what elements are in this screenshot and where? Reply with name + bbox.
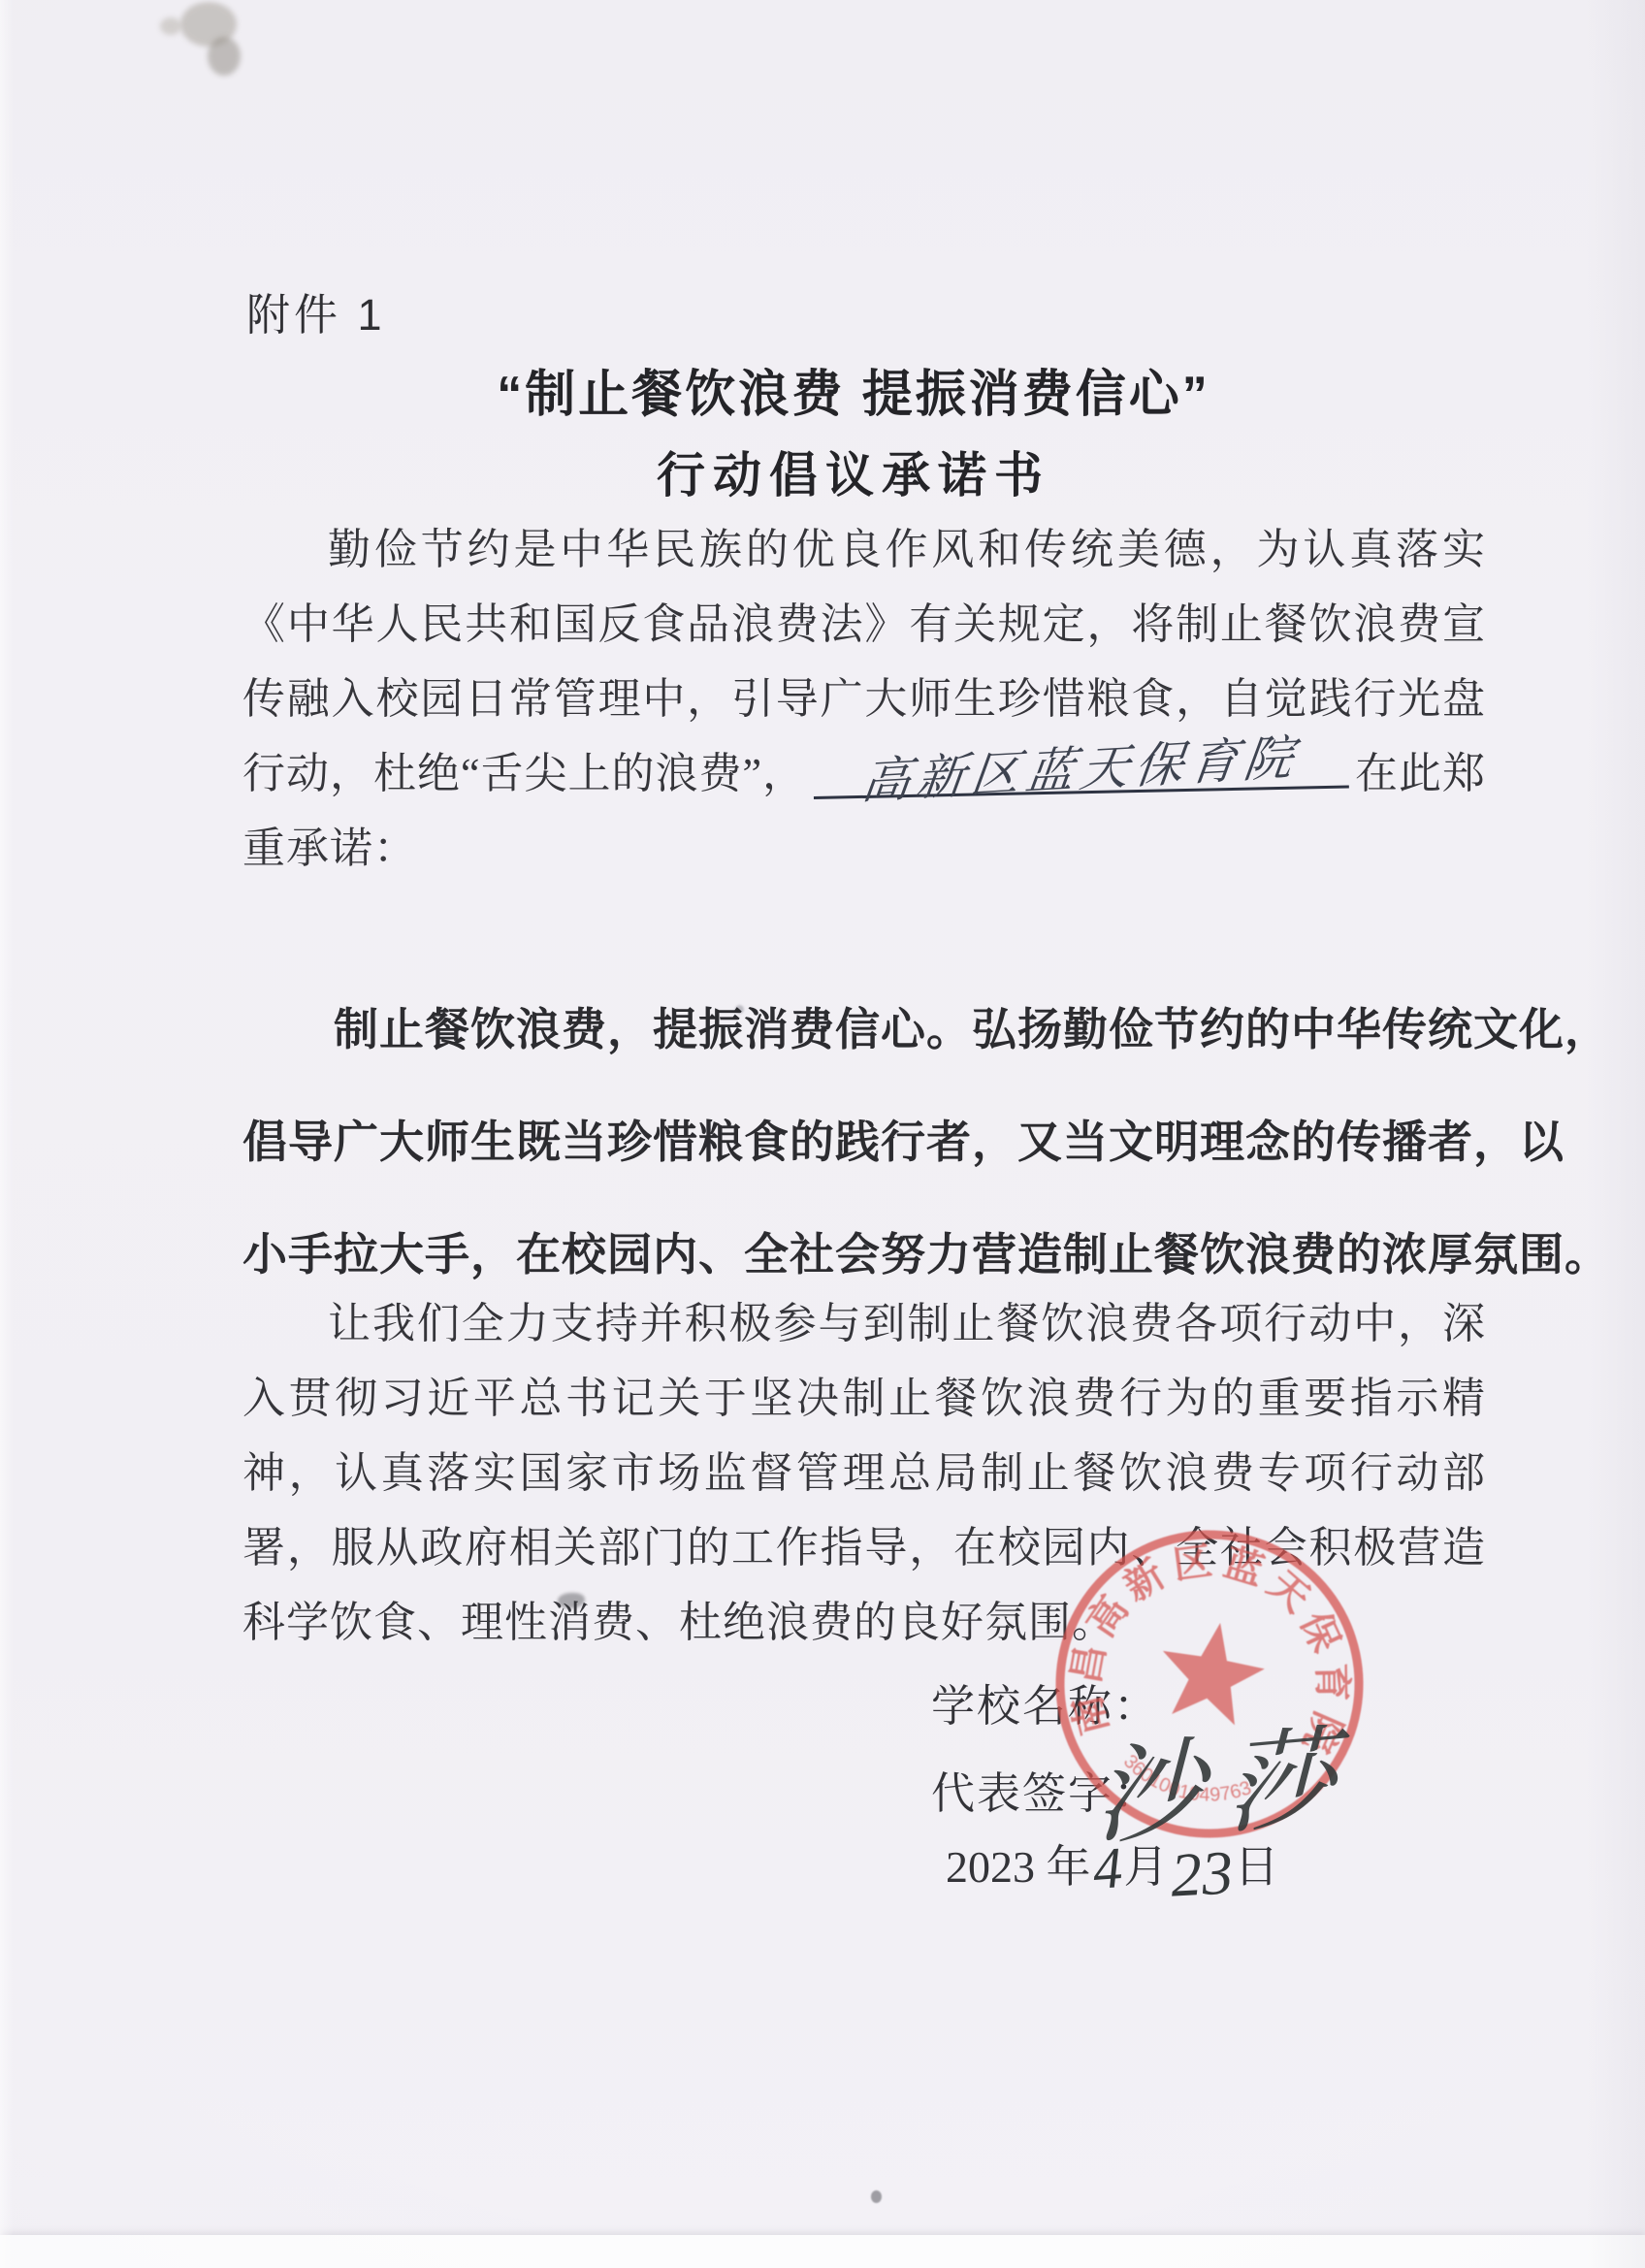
- paragraph-1: 勤俭节约是中华民族的优良作风和传统美德，为认真落实 《中华人民共和国反食品浪费法…: [242, 512, 1486, 886]
- handwritten-month-number: 4: [1090, 1838, 1123, 1898]
- scan-smudge: [208, 37, 241, 76]
- date-day-char: 日: [1235, 1839, 1279, 1895]
- fill-in-blank-underline: 高新区蓝天保育院: [813, 725, 1349, 799]
- paragraph-2: 制止餐饮浪费，提振消费信心。弘扬勤俭节约的中华传统文化， 倡导广大师生既当珍惜粮…: [242, 974, 1486, 1312]
- para1-line: 勤俭节约是中华民族的优良作风和传统美德，为认真落实: [242, 512, 1486, 587]
- para1-printed-before: 行动，杜绝“舌尖上的浪费”，: [242, 736, 806, 811]
- para1-line: 《中华人民共和国反食品浪费法》有关规定，将制止餐饮浪费宣: [242, 587, 1486, 662]
- date-line: 2023 年 4 月 23 日: [946, 1839, 1279, 1901]
- para1-printed-after: 在此郑: [1355, 736, 1486, 811]
- para1-line: 重承诺：: [242, 811, 1486, 886]
- ink-speck: [871, 2190, 882, 2203]
- scan-bottom-edge: [0, 2235, 1645, 2268]
- date-month-char: 月: [1124, 1839, 1169, 1895]
- date-year: 2023 年: [946, 1839, 1091, 1895]
- attachment-label: 附件 1: [246, 279, 386, 342]
- para3-line: 入贯彻习近平总书记关于坚决制止餐饮浪费行为的重要指示精: [242, 1361, 1486, 1436]
- para3-line: 让我们全力支持并积极参与到制止餐饮浪费各项行动中，深: [242, 1286, 1486, 1361]
- para3-line: 神，认真落实国家市场监督管理总局制止餐饮浪费专项行动部: [242, 1436, 1486, 1510]
- para2-line: 制止餐饮浪费，提振消费信心。弘扬勤俭节约的中华传统文化，: [242, 974, 1486, 1086]
- document-title: “制止餐饮浪费 提振消费信心”: [0, 353, 1645, 426]
- scan-smudge: [160, 17, 181, 35]
- scanned-document-page: 附件 1 “制止餐饮浪费 提振消费信心” 行动倡议承诺书 勤俭节约是中华民族的优…: [0, 0, 1645, 2268]
- handwritten-day-number: 23: [1169, 1841, 1234, 1906]
- para1-line-with-blank: 行动，杜绝“舌尖上的浪费”， 高新区蓝天保育院 在此郑: [242, 736, 1486, 811]
- document-subtitle: 行动倡议承诺书: [0, 437, 1645, 506]
- para2-line: 倡导广大师生既当珍惜粮食的践行者，又当文明理念的传播者，以: [242, 1086, 1486, 1199]
